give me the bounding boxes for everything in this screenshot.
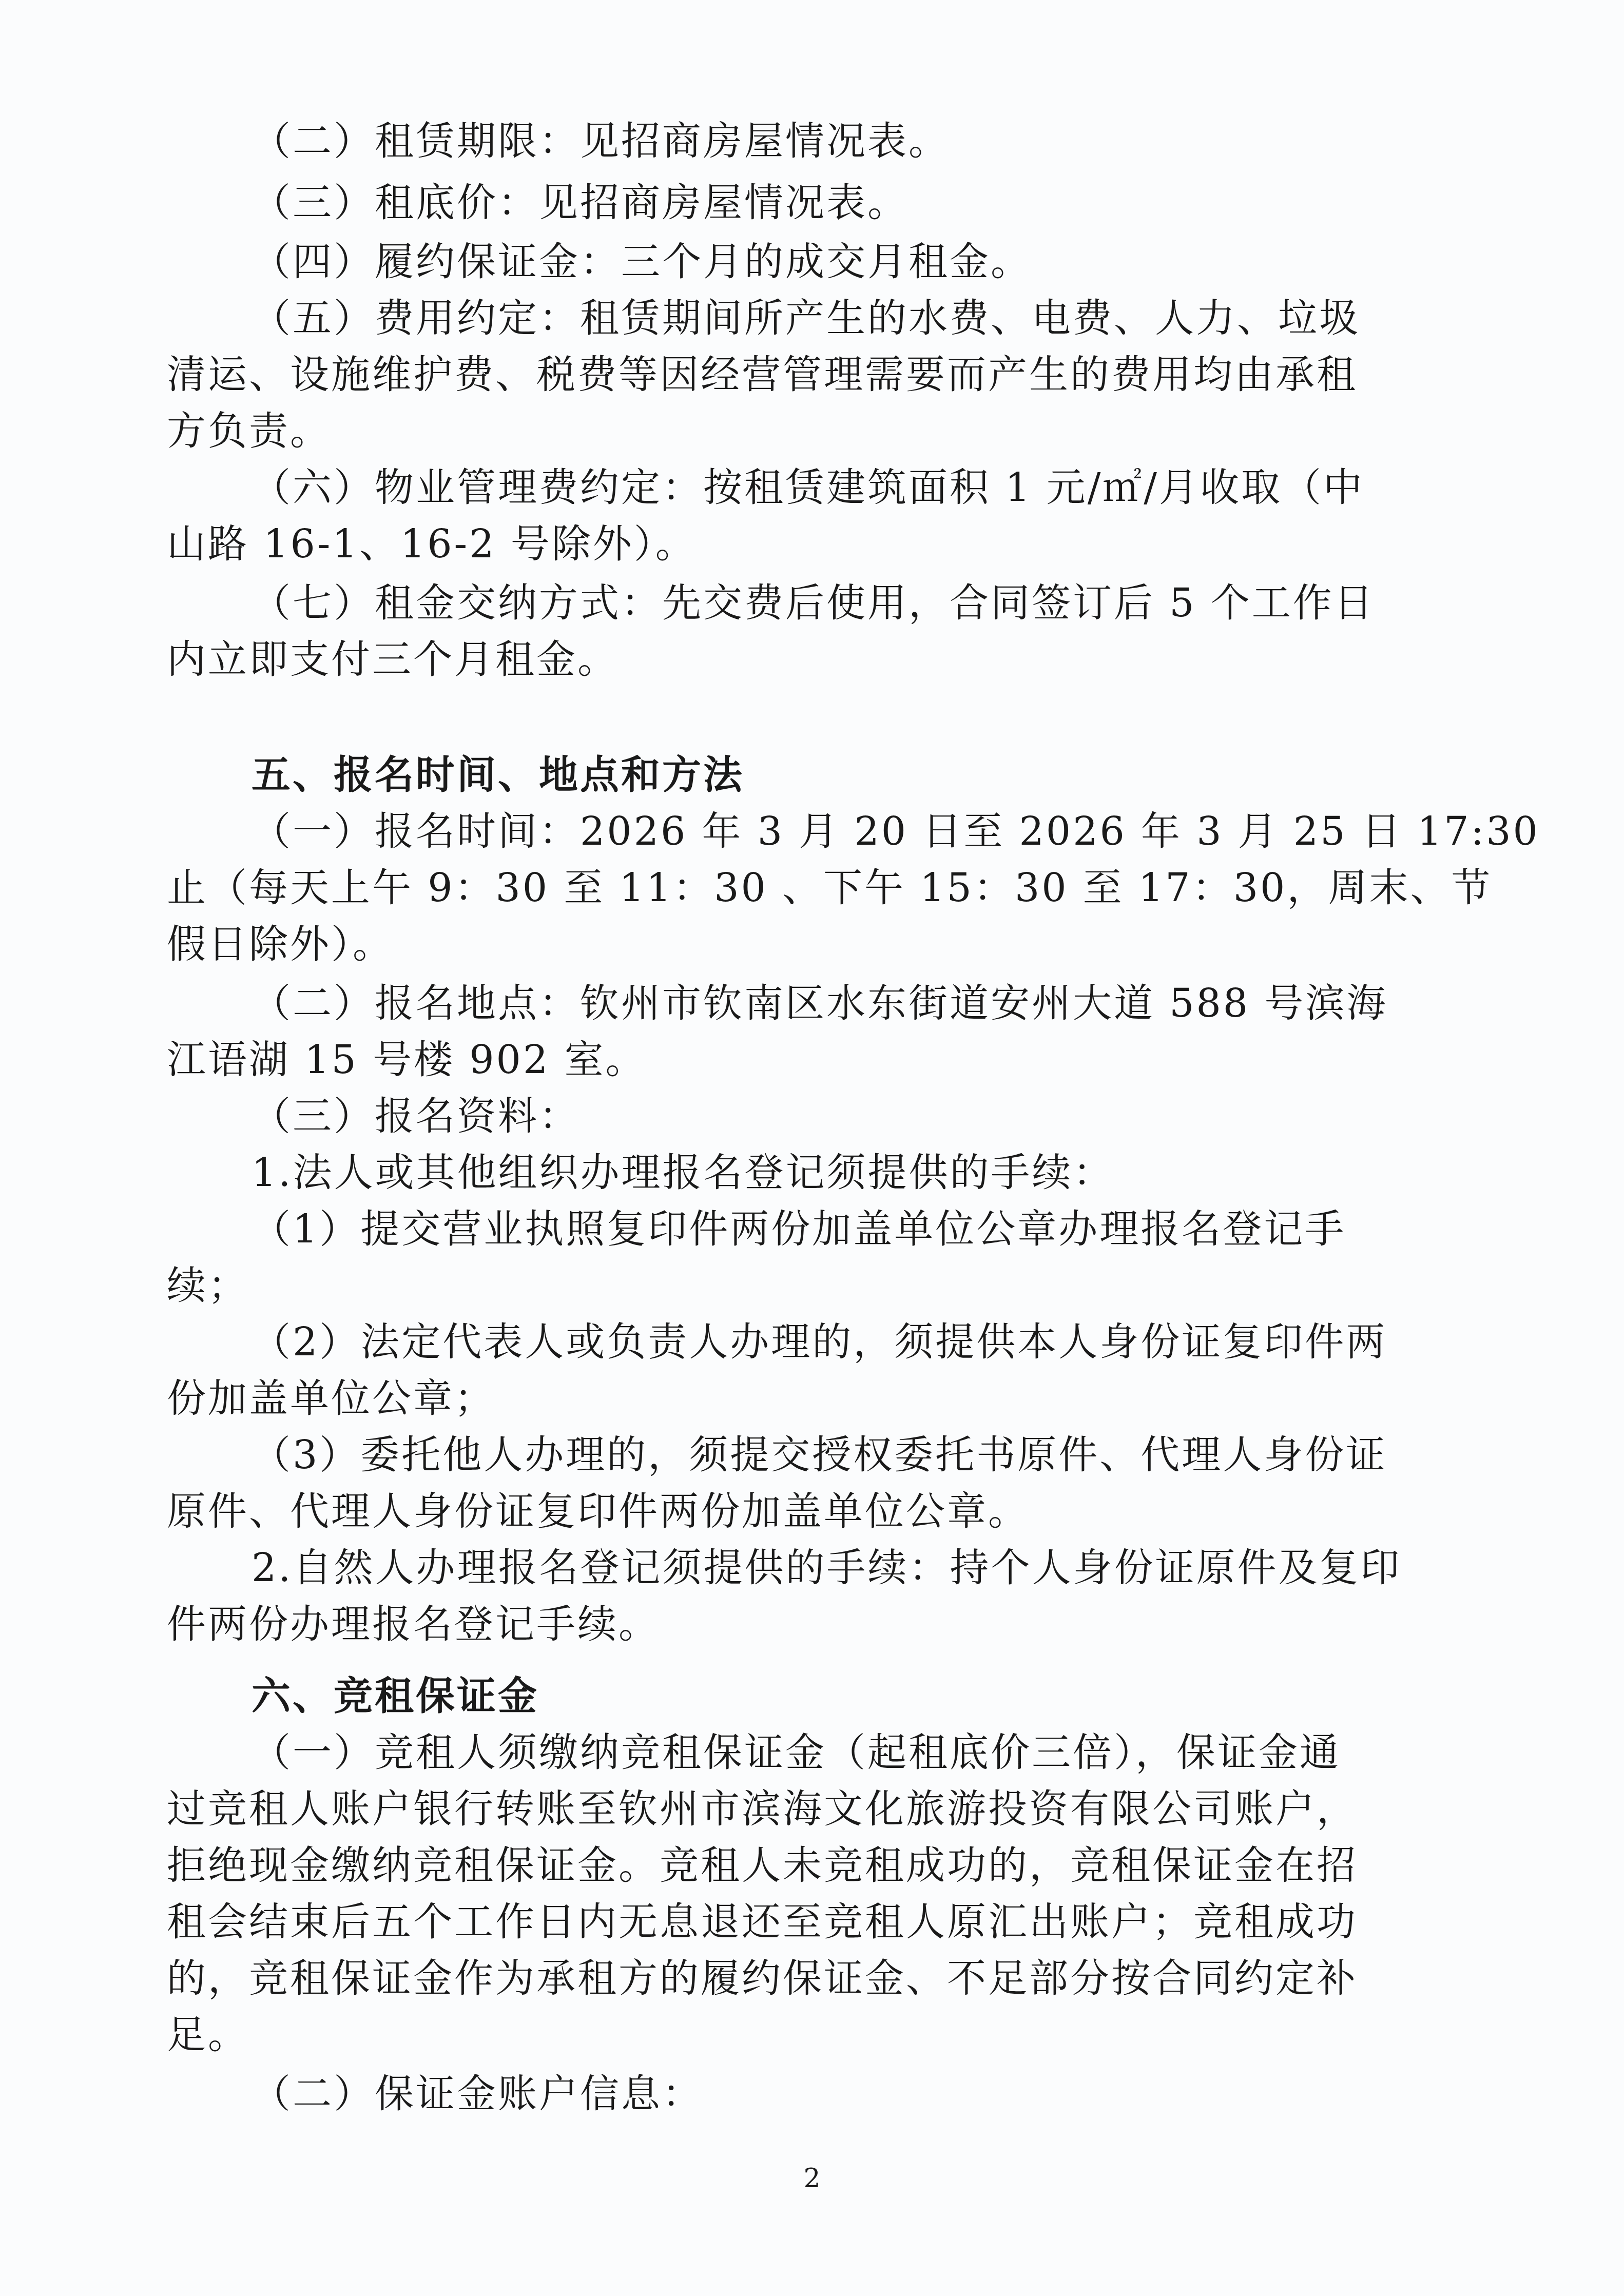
clause-payment-method: （七）租金交纳方式：先交费后使用，合同签订后 5 个工作日: [252, 577, 1545, 629]
materials-item-3: （3）委托他人办理的，须提交授权委托书原件、代理人身份证: [252, 1429, 1545, 1481]
materials-legal-entity: 1.法人或其他组织办理报名登记须提供的手续：: [252, 1147, 1545, 1198]
deposit-clause-1-cont: 租会结束后五个工作日内无息退还至竞租人原汇出账户；竞租成功: [167, 1896, 1460, 1948]
clause-lease-term: （二）租赁期限：见招商房屋情况表。: [252, 115, 1545, 167]
registration-time: （一）报名时间：2026 年 3 月 20 日至 2026 年 3 月 25 日…: [252, 806, 1545, 857]
clause-fees-cont: 方负责。: [167, 405, 1460, 457]
clause-reserve-price: （三）租底价：见招商房屋情况表。: [252, 177, 1545, 228]
clause-property-fee: （六）物业管理费约定：按租赁建筑面积 1 元/㎡/月收取（中: [252, 462, 1545, 513]
section-heading-deposit: 六、竞租保证金: [252, 1670, 1545, 1722]
document-page: （二）租赁期限：见招商房屋情况表。 （三）租底价：见招商房屋情况表。 （四）履约…: [0, 0, 1624, 2296]
materials-item-1: （1）提交营业执照复印件两份加盖单位公章办理报名登记手: [252, 1203, 1545, 1255]
page-number: 2: [0, 2163, 1624, 2194]
deposit-clause-1-cont: 过竞租人账户银行转账至钦州市滨海文化旅游投资有限公司账户，: [167, 1783, 1460, 1835]
materials-natural-person-cont: 件两份办理报名登记手续。: [167, 1599, 1460, 1650]
materials-natural-person: 2.自然人办理报名登记须提供的手续：持个人身份证原件及复印: [252, 1542, 1545, 1593]
clause-performance-bond: （四）履约保证金：三个月的成交月租金。: [252, 236, 1545, 287]
section-heading-registration: 五、报名时间、地点和方法: [252, 749, 1545, 801]
clause-fees: （五）费用约定：租赁期间所产生的水费、电费、人力、垃圾: [252, 293, 1545, 344]
registration-location-cont: 江语湖 15 号楼 902 室。: [167, 1034, 1460, 1085]
deposit-clause-1-cont: 的，竞租保证金作为承租方的履约保证金、不足部分按合同约定补: [167, 1953, 1460, 2004]
deposit-clause-1-cont: 拒绝现金缴纳竞租保证金。竞租人未竞租成功的，竞租保证金在招: [167, 1840, 1460, 1891]
clause-property-fee-cont: 山路 16-1、16-2 号除外）。: [167, 518, 1460, 570]
registration-time-cont: 假日除外）。: [167, 919, 1460, 970]
materials-item-2-cont: 份加盖单位公章；: [167, 1373, 1460, 1424]
clause-payment-method-cont: 内立即支付三个月租金。: [167, 634, 1460, 685]
materials-item-2: （2）法定代表人或负责人办理的，须提供本人身份证复印件两: [252, 1316, 1545, 1368]
materials-item-3-cont: 原件、代理人身份证复印件两份加盖单位公章。: [167, 1486, 1460, 1537]
deposit-clause-1-cont: 足。: [167, 2009, 1460, 2060]
materials-item-1-cont: 续；: [167, 1260, 1460, 1311]
deposit-clause-1: （一）竞租人须缴纳竞租保证金（起租底价三倍），保证金通: [252, 1727, 1545, 1778]
registration-materials: （三）报名资料：: [252, 1091, 1545, 1142]
clause-fees-cont: 清运、设施维护费、税费等因经营管理需要而产生的费用均由承租: [167, 349, 1460, 400]
registration-location: （二）报名地点：钦州市钦南区水东街道安州大道 588 号滨海: [252, 978, 1545, 1029]
deposit-account-info: （二）保证金账户信息：: [252, 2068, 1545, 2119]
registration-time-cont: 止（每天上午 9：30 至 11：30 、下午 15：30 至 17：30，周末…: [167, 862, 1460, 913]
